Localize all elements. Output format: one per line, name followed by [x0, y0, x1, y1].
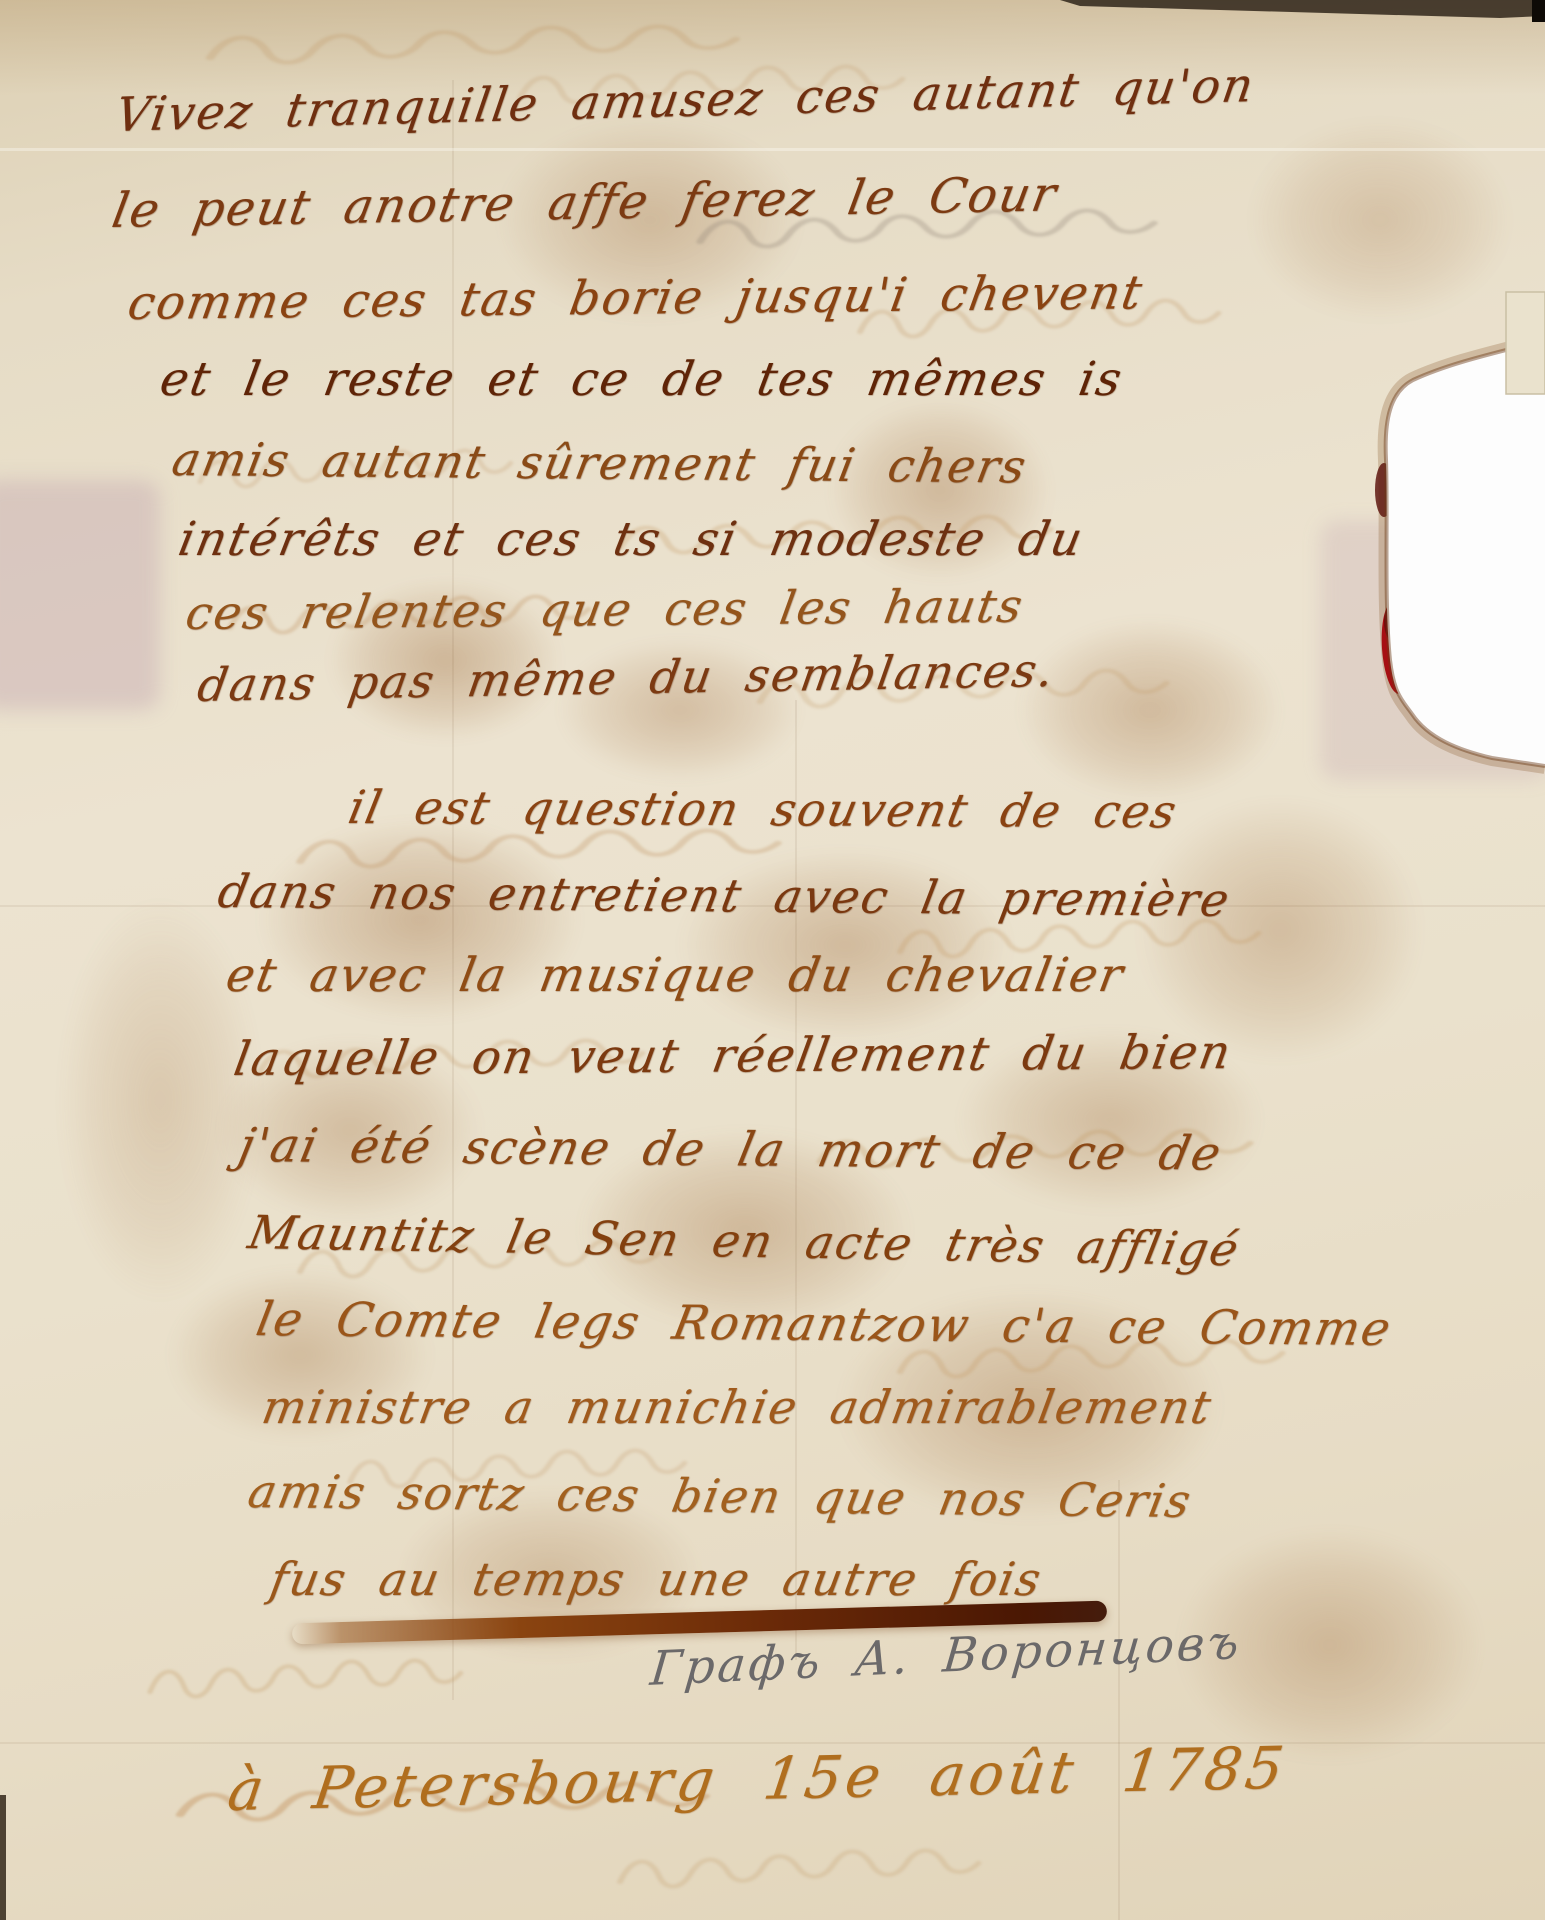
letter-line: le Comte legs Romantzow c'a ce Comme — [252, 1292, 1397, 1357]
letter-line: ministre a munichie admirablement — [258, 1380, 1217, 1434]
letter-line: laquelle on veut réellement du bien — [230, 1025, 1236, 1087]
corner-mark: A — [1515, 296, 1534, 325]
pink-discoloration — [1320, 520, 1545, 780]
pink-discoloration — [0, 480, 160, 710]
letter-line: ces relentes que ces les hauts — [182, 579, 1028, 640]
letter-line: amis autant sûrement fui chers — [168, 432, 1032, 493]
letter-line: et avec la musique du chevalier — [222, 948, 1129, 1003]
stain — [1140, 800, 1420, 1060]
letter-line: il est question souvent de ces — [344, 780, 1183, 838]
letter-line: et le reste et ce de tes mêmes is — [156, 352, 1127, 407]
letter-line: fus au temps une autre fois — [266, 1552, 1047, 1606]
letter-line: amis sortz ces bien que nos Ceris — [244, 1464, 1197, 1528]
letter-line: j'ai été scène de la mort de ce de — [234, 1118, 1227, 1181]
letter-line: comme ces tas borie jusqu'i chevent — [124, 265, 1148, 331]
stain — [1020, 620, 1280, 800]
letter-scan: Vivez tranquille amusez ces autant qu'on… — [0, 0, 1545, 1920]
fold-crease — [0, 148, 1545, 151]
letter-line: dans nos entretient avec la première — [214, 864, 1235, 927]
fold-crease — [1118, 1480, 1120, 1920]
letter-line: intérêts et ces ts si modeste du — [174, 512, 1089, 567]
